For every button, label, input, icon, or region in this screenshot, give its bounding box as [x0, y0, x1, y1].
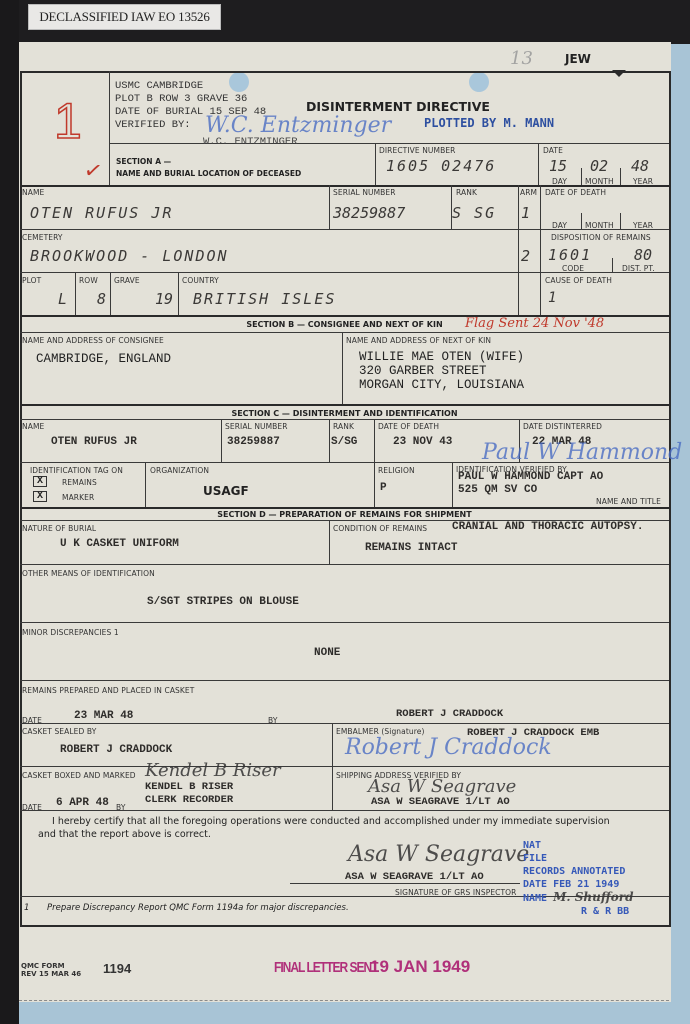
rule — [20, 185, 671, 187]
cause: 1 — [548, 290, 556, 306]
shipping-verified-by: ASA W SEAGRAVE 1/LT AO — [371, 796, 510, 808]
consignee-label: NAME AND ADDRESS OF CONSIGNEE — [22, 336, 164, 345]
name-and-title-label: NAME AND TITLE — [596, 497, 661, 506]
rule — [342, 332, 343, 404]
disinterment-rank: S/SG — [331, 436, 357, 448]
embalmer-signature: Robert J Craddock — [345, 735, 552, 760]
religion: P — [380, 482, 387, 494]
next-of-kin: WILLIE MAE OTEN (WIFE) 320 GARBER STREET… — [359, 350, 524, 392]
rule — [329, 185, 330, 230]
date-of-death-label: DATE OF DEATH — [378, 422, 439, 431]
id-tag-label: IDENTIFICATION TAG ON — [30, 466, 123, 475]
religion-label: RELIGION — [378, 466, 415, 475]
rule — [374, 419, 375, 507]
grave-label: GRAVE — [114, 276, 140, 285]
disposition-label: DISPOSITION OF REMAINS — [551, 233, 651, 242]
paper-edge — [19, 995, 669, 1001]
boxed-label: CASKET BOXED AND MARKED — [22, 771, 136, 780]
rule — [20, 229, 669, 230]
consignee: CAMBRIDGE, ENGLAND — [36, 352, 171, 366]
cemetery-label: CEMETERY — [22, 233, 63, 242]
footnote-number: 1 — [24, 903, 29, 913]
prepared-label: REMAINS PREPARED AND PLACED IN CASKET — [22, 686, 194, 695]
rule — [20, 723, 669, 724]
disinterment-serial: 38259887 — [227, 436, 280, 448]
rule — [178, 272, 179, 315]
month-label: MONTH — [585, 221, 614, 230]
rule — [620, 168, 621, 185]
riser-signature: Kendel B Riser — [145, 760, 281, 781]
cause-label: CAUSE OF DEATH — [545, 276, 612, 285]
day-label: DAY — [552, 177, 567, 186]
rule — [109, 143, 669, 144]
condition-line-2: REMAINS INTACT — [365, 542, 457, 554]
nok-label: NAME AND ADDRESS OF NEXT OF KIN — [346, 336, 491, 345]
row-label: ROW — [79, 276, 98, 285]
rule — [612, 258, 613, 273]
section-a-heading: SECTION A — NAME AND BURIAL LOCATION OF … — [116, 156, 301, 180]
arm-value-2: 2 — [521, 247, 530, 265]
arm-value: 1 — [521, 204, 530, 222]
directive-year: 48 — [631, 157, 649, 175]
date-distinterred-label: DATE DISTINTERRED — [523, 422, 602, 431]
rule — [620, 213, 621, 230]
organization-label: ORGANIZATION — [150, 466, 209, 475]
rule — [110, 272, 111, 315]
rank-label: RANK — [333, 422, 354, 431]
serial-label: SERIAL NUMBER — [225, 422, 288, 431]
rule — [20, 419, 669, 420]
name-label: NAME — [22, 422, 44, 431]
serial-number: 38259887 — [333, 204, 405, 222]
remains-checkbox[interactable]: X — [33, 476, 47, 487]
directive-number-label: DIRECTIVE NUMBER — [379, 146, 456, 155]
country-label: COUNTRY — [182, 276, 219, 285]
rule — [109, 71, 110, 186]
form-id: QMC FORM REV 15 MAR 46 — [21, 962, 81, 978]
boxed-by: KENDEL B RISER CLERK RECORDER — [145, 781, 233, 807]
rank-label: RANK — [456, 188, 477, 197]
date-of-death: 23 NOV 43 — [393, 436, 452, 448]
year-label: YEAR — [633, 221, 653, 230]
seagrave-signature: Asa W Seagrave — [368, 776, 516, 797]
condition-label: CONDITION OF REMAINS — [333, 524, 427, 533]
year-label: YEAR — [633, 177, 653, 186]
serial-label: SERIAL NUMBER — [333, 188, 396, 197]
minor-discrepancies: NONE — [314, 647, 340, 659]
rule — [20, 564, 669, 565]
row: 8 — [97, 290, 106, 308]
prepared-by: ROBERT J CRADDOCK — [396, 708, 503, 720]
arm-label: ARM — [520, 188, 537, 197]
rule — [20, 404, 671, 406]
rule — [20, 810, 669, 811]
rule — [518, 185, 519, 315]
disinterment-name: OTEN RUFUS JR — [51, 436, 137, 448]
disposition-dist: 80 — [634, 246, 652, 264]
form-number: 1194 — [103, 961, 131, 976]
country: BRITISH ISLES — [193, 290, 336, 308]
inspector-signature: Asa W Seagrave — [348, 842, 529, 867]
tag-number: 1 — [54, 96, 82, 146]
signature-line — [290, 883, 520, 884]
rule — [20, 332, 669, 333]
minor-discrepancies-label: MINOR DISCREPANCIES 1 — [22, 628, 119, 637]
rule — [332, 723, 333, 811]
rule — [540, 272, 541, 315]
directive-month: 02 — [590, 157, 608, 175]
scan-backdrop-left — [0, 0, 19, 1024]
flag-sent-note: Flag Sent 24 Nov '48 — [465, 316, 604, 331]
section-d-heading: SECTION D — PREPARATION OF REMAINS FOR S… — [20, 510, 669, 519]
final-letter-label: FINAL LETTER SENT — [274, 959, 377, 976]
id-verified-by: PAUL W HAMMOND CAPT AO 525 QM SV CO — [458, 471, 603, 497]
date-label: DATE — [543, 146, 563, 155]
rule — [20, 925, 671, 927]
rule — [20, 71, 671, 73]
grave: 19 — [155, 290, 173, 308]
sealed-by: ROBERT J CRADDOCK — [60, 744, 172, 756]
disposition-code: 1601 — [548, 246, 592, 264]
organization: USAGF — [203, 484, 249, 498]
directive-number: 1605 02476 — [386, 157, 496, 175]
deceased-name: OTEN RUFUS JR — [30, 204, 173, 222]
boxed-date: 6 APR 48 — [56, 797, 109, 809]
rule — [20, 622, 669, 623]
religion-tag: JEW — [565, 52, 591, 66]
rule — [145, 462, 146, 507]
prepared-date: 23 MAR 48 — [74, 710, 133, 722]
rule — [452, 462, 453, 507]
rule — [221, 419, 222, 462]
verifier-signature: W.C. Entzminger — [205, 113, 391, 138]
records-annotated-stamp: NAT FILE RECORDS ANNOTATED DATE FEB 21 1… — [523, 839, 634, 918]
hammond-signature: Paul W Hammond — [482, 440, 682, 465]
final-letter-date: 19 JAN 1949 — [370, 957, 470, 977]
directive-day: 15 — [549, 157, 567, 175]
nature-of-burial: U K CASKET UNIFORM — [60, 538, 179, 550]
date-of-death-label: DATE OF DEATH — [545, 188, 606, 197]
declassified-label: DECLASSIFIED IAW EO 13526 — [28, 4, 221, 30]
other-id: S/SGT STRIPES ON BLOUSE — [147, 596, 299, 608]
rule — [20, 71, 22, 926]
form-title: DISINTERMENT DIRECTIVE — [306, 99, 490, 114]
rule — [20, 766, 669, 767]
rank: S SG — [452, 204, 496, 222]
rule — [329, 419, 330, 462]
handwritten-top: 13 — [510, 48, 533, 69]
remains-label: REMAINS — [62, 478, 97, 487]
plot: L — [58, 290, 67, 308]
marker-label: MARKER — [62, 493, 94, 502]
rule — [581, 213, 582, 230]
inspector-name: ASA W SEAGRAVE 1/LT AO — [345, 871, 484, 883]
rule — [20, 680, 669, 681]
month-label: MONTH — [585, 177, 614, 186]
cemetery: BROOKWOOD - LONDON — [30, 247, 229, 265]
rule — [20, 507, 671, 509]
plot-label: PLOT — [22, 276, 41, 285]
rule — [329, 520, 330, 565]
rule — [669, 71, 671, 926]
certification-text: I hereby certify that all the foregoing … — [38, 815, 663, 841]
section-c-heading: SECTION C — DISINTERMENT AND IDENTIFICAT… — [20, 409, 669, 418]
footnote: Prepare Discrepancy Report QMC Form 1194… — [47, 903, 349, 913]
name-label: NAME — [22, 188, 44, 197]
dist-label: DIST. PT. — [622, 264, 655, 273]
marker-checkbox[interactable]: X — [33, 491, 47, 502]
rule — [75, 272, 76, 315]
rule — [375, 143, 376, 186]
nature-of-burial-label: NATURE OF BURIAL — [22, 524, 96, 533]
rule — [581, 168, 582, 185]
day-label: DAY — [552, 221, 567, 230]
punch-hole-icon — [469, 72, 489, 92]
plotted-stamp: PLOTTED BY M. MANN — [424, 116, 554, 130]
other-id-label: OTHER MEANS OF IDENTIFICATION — [22, 569, 155, 578]
code-label: CODE — [562, 264, 584, 273]
condition-line-1: CRANIAL AND THORACIC AUTOPSY. — [452, 521, 643, 533]
sealed-by-label: CASKET SEALED BY — [22, 727, 96, 736]
rule — [538, 143, 539, 186]
